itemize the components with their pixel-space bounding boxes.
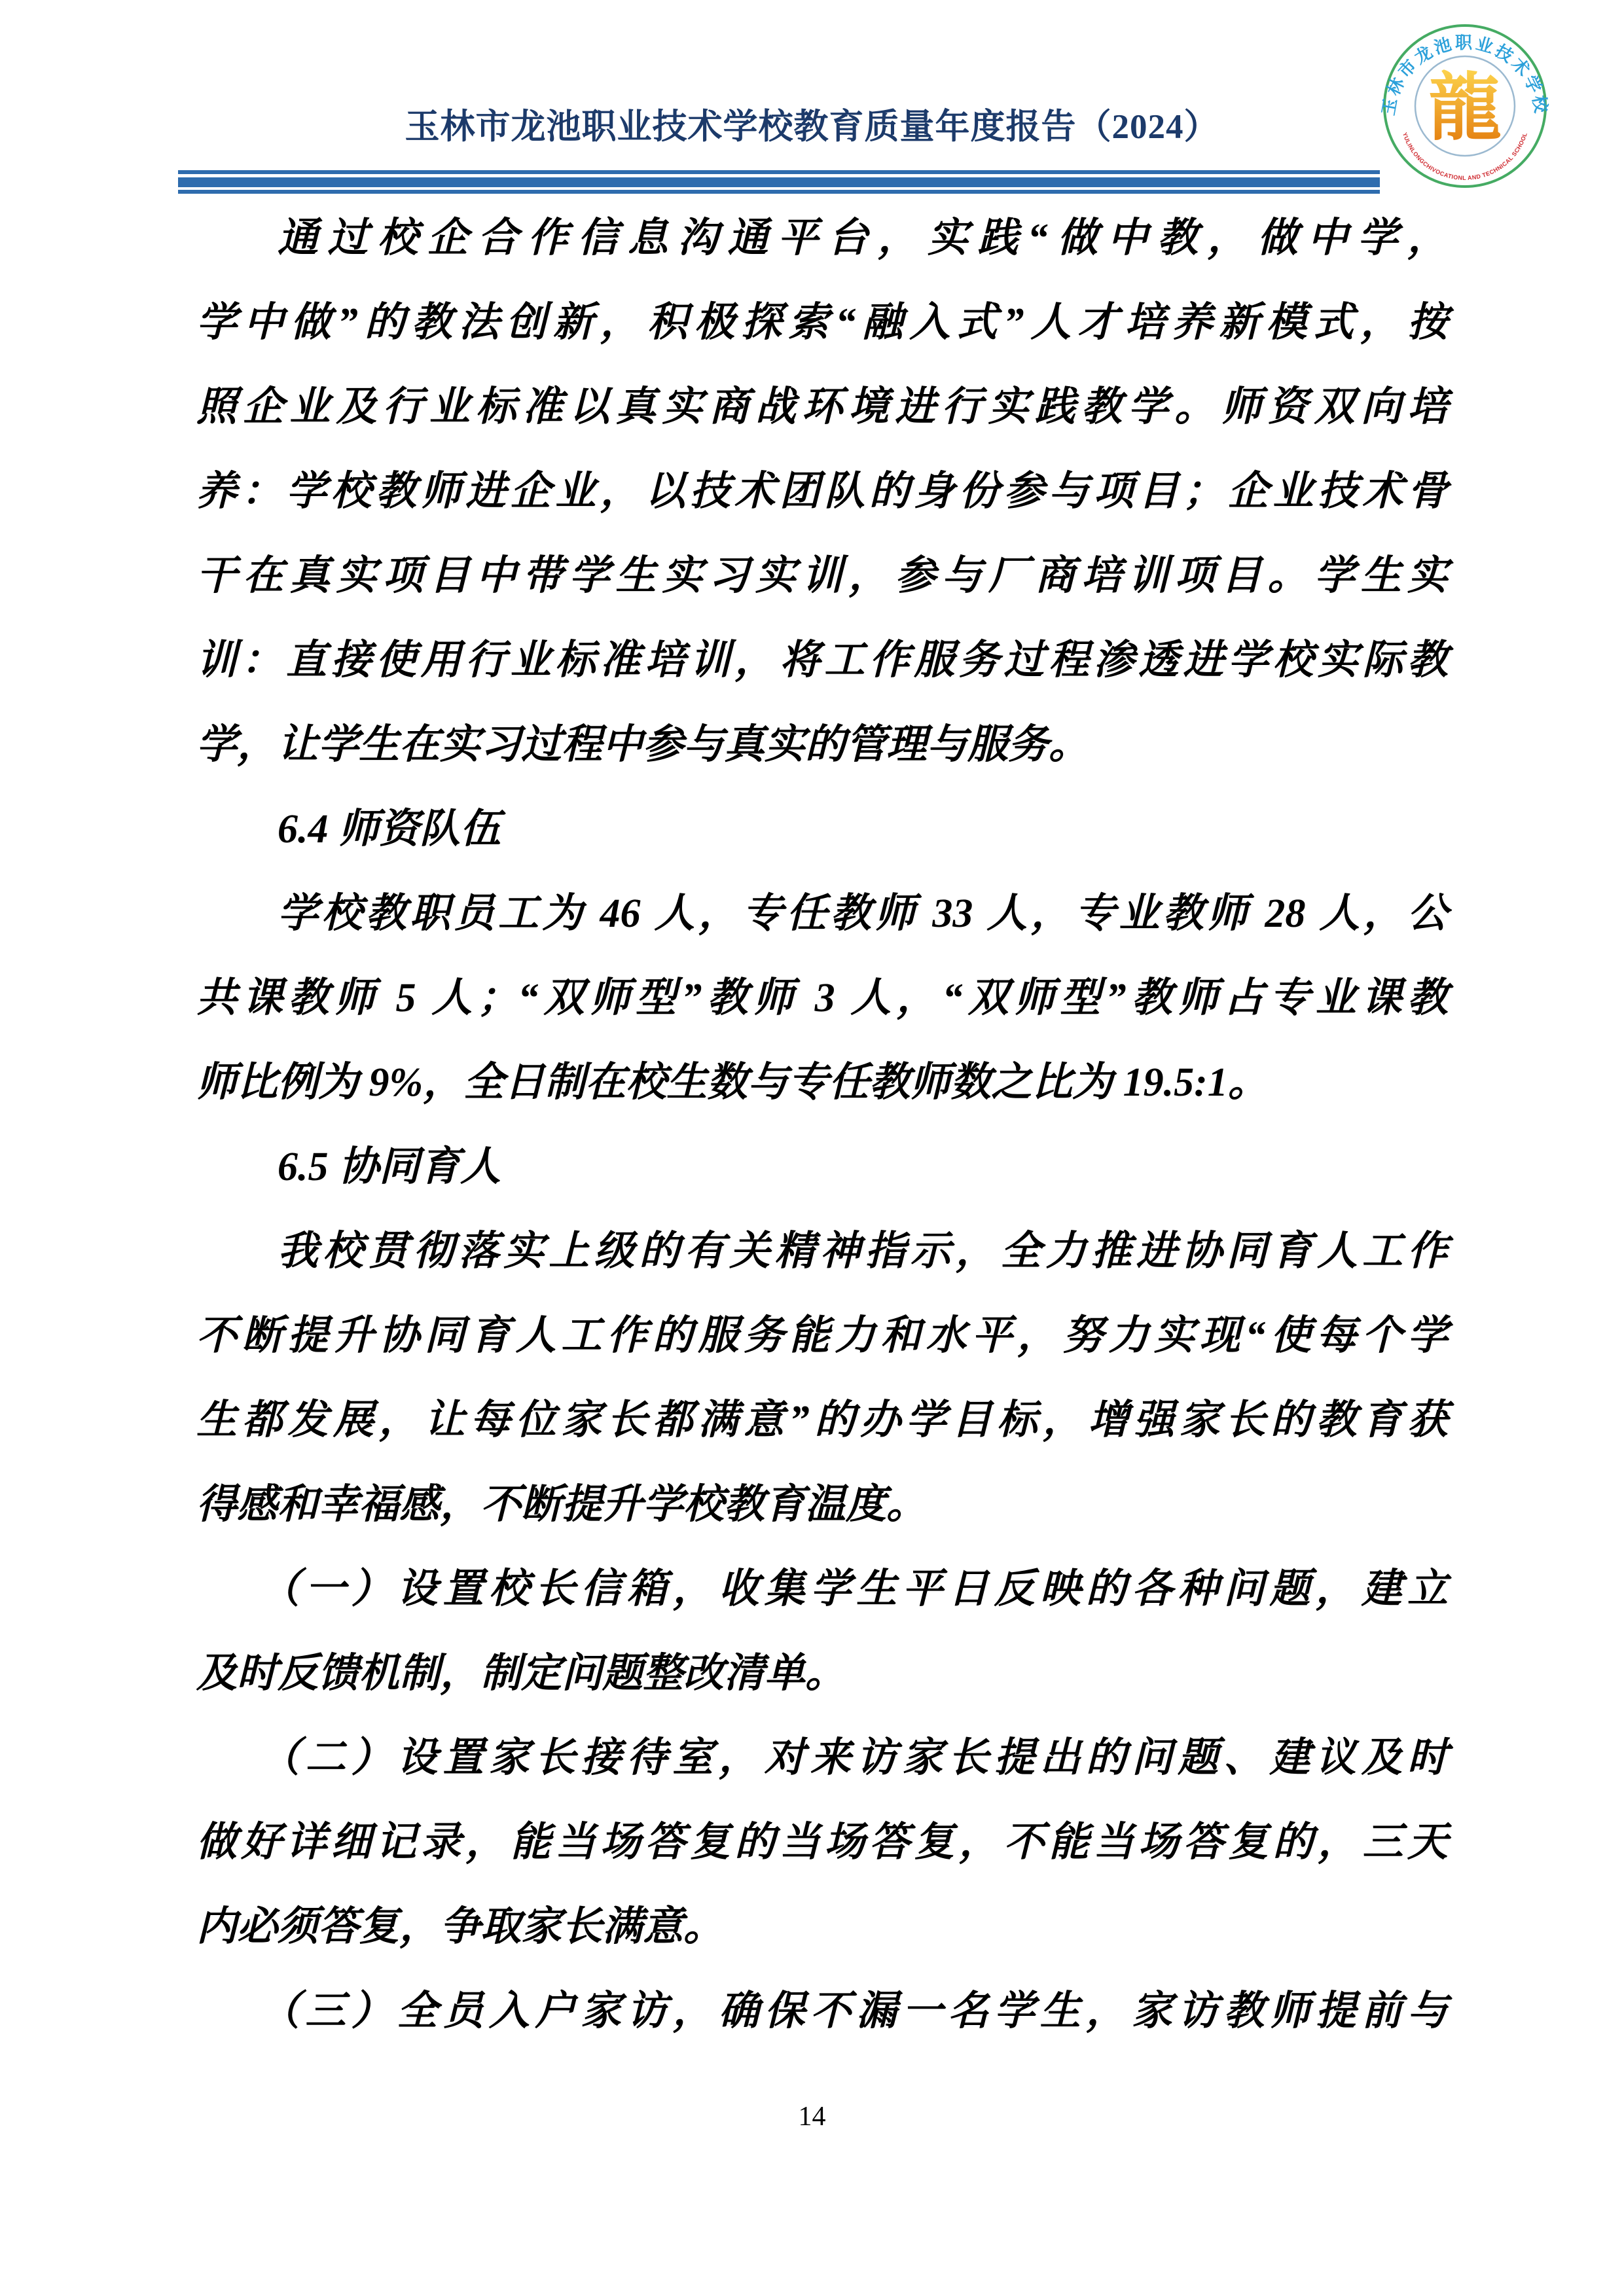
text-line: 训：直接使用行业标准培训，将工作服务过程渗透进学校实际教 bbox=[196, 619, 1448, 703]
text-line: 学校教职员工为 46 人，专任教师 33 人，专业教师 28 人，公 bbox=[196, 872, 1448, 956]
text-line: 养：学校教师进企业，以技术团队的身份参与项目；企业技术骨 bbox=[196, 450, 1448, 534]
header-rule-middle bbox=[178, 177, 1380, 187]
header-rule-bottom bbox=[178, 190, 1380, 194]
header-rule-top bbox=[178, 170, 1380, 174]
text-line: 学，让学生在实习过程中参与真实的管理与服务。 bbox=[196, 703, 1448, 787]
text-line: 通过校企合作信息沟通平台，实践“做中教，做中学， bbox=[196, 196, 1448, 281]
text-line: 师比例为 9%，全日制在校生数与专任教师数之比为 19.5:1。 bbox=[196, 1041, 1448, 1125]
text-line: （三）全员入户家访，确保不漏一名学生，家访教师提前与 bbox=[196, 1969, 1448, 2054]
body-text: 通过校企合作信息沟通平台，实践“做中教，做中学，学中做”的教法创新，积极探索“融… bbox=[196, 196, 1448, 2054]
dragon-glyph: 龍 bbox=[1428, 68, 1502, 149]
text-line: 干在真实项目中带学生实习实训，参与厂商培训项目。学生实 bbox=[196, 534, 1448, 619]
text-line: 内必须答复，争取家长满意。 bbox=[196, 1885, 1448, 1969]
text-line: 共课教师 5 人；“双师型”教师 3 人，“双师型”教师占专业课教 bbox=[196, 956, 1448, 1041]
section-heading: 6.5 协同育人 bbox=[196, 1125, 1448, 1210]
text-line: 照企业及行业标准以真实商战环境进行实践教学。师资双向培 bbox=[196, 365, 1448, 450]
text-line: （二）设置家长接待室，对来访家长提出的问题、建议及时 bbox=[196, 1716, 1448, 1801]
text-line: 及时反馈机制，制定问题整改清单。 bbox=[196, 1632, 1448, 1716]
text-line: 学中做”的教法创新，积极探索“融入式”人才培养新模式，按 bbox=[196, 281, 1448, 365]
document-page: 玉林市龙池职业技术学校教育质量年度报告（2024） 玉林市龙池职业技术学校 bbox=[0, 0, 1624, 2296]
section-heading: 6.4 师资队伍 bbox=[196, 787, 1448, 872]
text-line: 做好详细记录，能当场答复的当场答复，不能当场答复的，三天 bbox=[196, 1801, 1448, 1885]
text-line: （一）设置校长信箱，收集学生平日反映的各种问题，建立 bbox=[196, 1547, 1448, 1632]
text-line: 不断提升协同育人工作的服务能力和水平，努力实现“使每个学 bbox=[196, 1294, 1448, 1378]
page-number: 14 bbox=[0, 2100, 1624, 2134]
text-line: 生都发展，让每位家长都满意”的办学目标，增强家长的教育获 bbox=[196, 1378, 1448, 1463]
school-logo: 玉林市龙池职业技术学校 YULINLONGCHIVOCATIONL AND TE… bbox=[1380, 21, 1550, 191]
header-rule bbox=[178, 170, 1380, 194]
text-line: 我校贯彻落实上级的有关精神指示，全力推进协同育人工作 bbox=[196, 1210, 1448, 1294]
text-line: 得感和幸福感，不断提升学校教育温度。 bbox=[196, 1463, 1448, 1547]
school-logo-svg: 玉林市龙池职业技术学校 YULINLONGCHIVOCATIONL AND TE… bbox=[1380, 21, 1550, 191]
